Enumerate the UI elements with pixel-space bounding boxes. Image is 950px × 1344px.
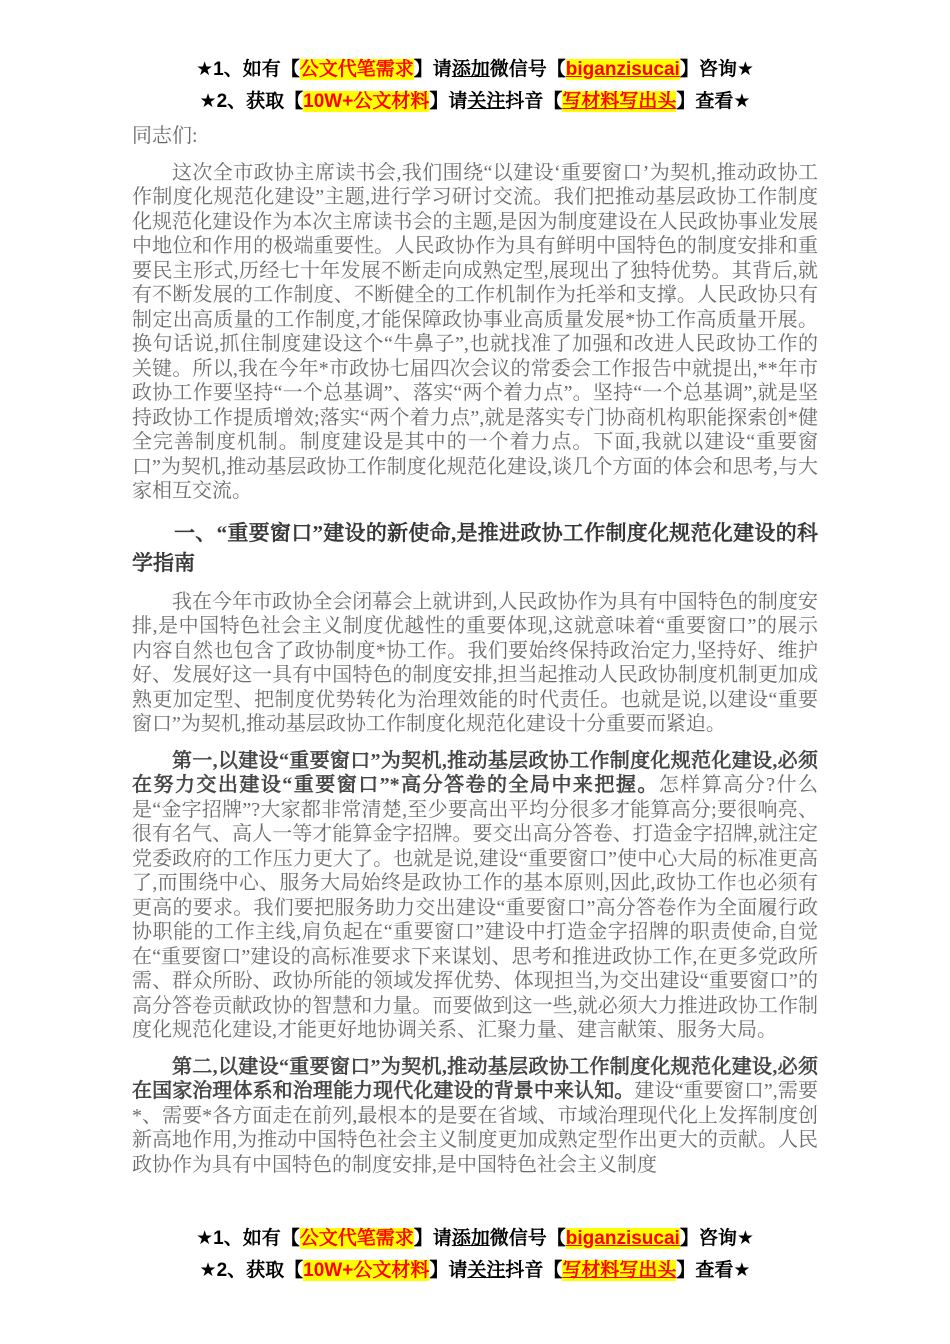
promo-footer-line-1: ★1、如有【公文代笔需求】请添加微信号【biganzisucai】咨询★: [0, 1223, 950, 1255]
text-run: ★1、如有【: [196, 1228, 300, 1249]
page: ★1、如有【公文代笔需求】请添加微信号【biganzisucai】咨询★ ★2、…: [0, 0, 950, 1344]
text-run: 】查看★: [676, 91, 750, 112]
text-run: 微信号【: [490, 59, 566, 80]
text-run: 我在今年市政协全会闭幕会上就讲到,人民政协作为具有中国特色的制度安排,是中国特色…: [132, 591, 818, 736]
text-run: 写材料写出头: [562, 1260, 676, 1281]
salutation: 同志们:: [132, 124, 818, 149]
paragraph-intro: 这次全市政协主席读书会,我们围绕“以建设‘重要窗口’为契机,推动政协工作制度化规…: [132, 161, 818, 504]
document-body: 同志们: 这次全市政协主席读书会,我们围绕“以建设‘重要窗口’为契机,推动政协工…: [132, 124, 818, 1177]
paragraph-first-point: 第一,以建设“重要窗口”为契机,推动基层政协工作制度化规范化建设,必须在努力交出…: [132, 749, 818, 1043]
section-heading-1: 一、“重要窗口”建设的新使命,是推进政协工作制度化规范化建设的科学指南: [132, 518, 818, 578]
promo-header-line-2: ★2、获取【10W+公文材料】请关注抖音【写材料写出头】查看★: [132, 86, 818, 118]
promo-header: ★1、如有【公文代笔需求】请添加微信号【biganzisucai】咨询★ ★2、…: [132, 54, 818, 118]
text-run: 】请: [429, 91, 467, 112]
text-run: 关注: [467, 91, 505, 112]
text-run: 】请: [429, 1260, 467, 1281]
text-run: 关注: [467, 1260, 505, 1281]
text-run: 】咨询★: [680, 1228, 754, 1249]
paragraph-second-point: 第二,以建设“重要窗口”为契机,推动基层政协工作制度化规范化建设,必须在国家治理…: [132, 1055, 818, 1178]
text-run: 添加: [452, 1228, 490, 1249]
text-run: 10W+公文材料: [303, 91, 429, 112]
text-run: ★2、获取【: [200, 91, 304, 112]
text-run: 抖音【: [505, 91, 562, 112]
text-run: biganzisucai: [566, 1228, 680, 1249]
text-run: 微信号【: [490, 1228, 566, 1249]
promo-header-line-1: ★1、如有【公文代笔需求】请添加微信号【biganzisucai】咨询★: [132, 54, 818, 86]
text-run: 公文代笔需求: [300, 59, 414, 80]
text-run: 公文代笔需求: [300, 1228, 414, 1249]
promo-footer-line-2: ★2、获取【10W+公文材料】请关注抖音【写材料写出头】查看★: [0, 1255, 950, 1287]
text-run: 怎样算高分?什么是“金字招牌”?大家都非常清楚,至少要高出平均分很多才能算高分;…: [132, 774, 818, 1041]
text-run: 】请: [414, 59, 452, 80]
text-run: 10W+公文材料: [303, 1260, 429, 1281]
text-run: 添加: [452, 59, 490, 80]
paragraph-mission: 我在今年市政协全会闭幕会上就讲到,人民政协作为具有中国特色的制度安排,是中国特色…: [132, 590, 818, 737]
promo-footer: ★1、如有【公文代笔需求】请添加微信号【biganzisucai】咨询★ ★2、…: [0, 1223, 950, 1287]
text-run: 】查看★: [676, 1260, 750, 1281]
text-run: 写材料写出头: [562, 91, 676, 112]
text-run: 】咨询★: [680, 59, 754, 80]
text-run: 这次全市政协主席读书会,我们围绕“以建设‘重要窗口’为契机,推动政协工作制度化规…: [132, 162, 818, 503]
text-run: ★2、获取【: [200, 1260, 304, 1281]
text-run: 抖音【: [505, 1260, 562, 1281]
text-run: biganzisucai: [566, 59, 680, 80]
text-run: ★1、如有【: [196, 59, 300, 80]
text-run: 】请: [414, 1228, 452, 1249]
